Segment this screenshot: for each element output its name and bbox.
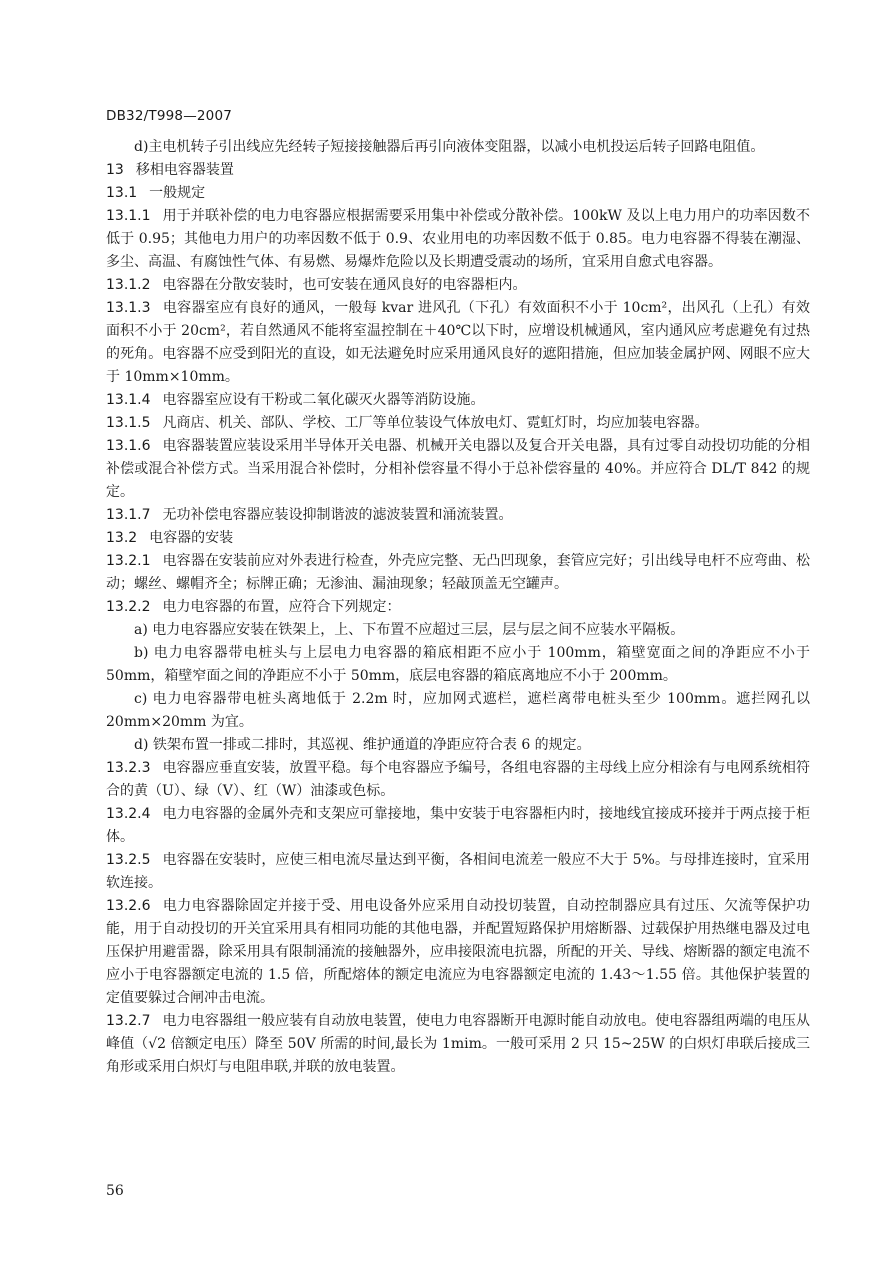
clause-number: 13.1.4	[106, 392, 151, 408]
clause-13-1-4: 13.1.4电容器室应设有干粉或二氧化碳灭火器等消防设施。	[106, 389, 810, 412]
clause-text: 电容器应垂直安装，放置平稳。每个电容器应予编号，各组电容器的主母线上应分相涂有与…	[106, 760, 810, 799]
clause-13-2-1: 13.2.1电容器在安装前应对外表进行检查，外壳应完整、无凸凹现象，套管应完好；…	[106, 550, 810, 596]
clause-text: 电力电容器除固定并接于受、用电设备外应采用自动投切装置，自动控制器应具有过压、欠…	[106, 898, 810, 1006]
section-heading-13-1: 13.1一般规定	[106, 182, 810, 205]
clause-number: 13.2.1	[106, 553, 151, 569]
clause-13-1-6: 13.1.6电容器装置应装设采用半导体开关电器、机械开关电器以及复合开关电器，具…	[106, 435, 810, 504]
clause-13-1-5: 13.1.5凡商店、机关、部队、学校、工厂等单位装设气体放电灯、霓虹灯时，均应加…	[106, 412, 810, 435]
document-code: DB32/T998—2007	[106, 108, 232, 124]
section-heading-13-2: 13.2电容器的安装	[106, 527, 810, 550]
clause-number: 13.1.6	[106, 438, 151, 454]
section-number: 13.1	[106, 185, 137, 201]
list-item-text: b) 电力电容器带电桩头与上层电力电容器的箱底相距不应小于 100mm，箱壁宽面…	[106, 645, 810, 684]
clause-13-1-7: 13.1.7无功补偿电容器应装设抑制谐波的滤波装置和涌流装置。	[106, 504, 810, 527]
clause-number: 13.2.4	[106, 806, 151, 822]
clause-13-1-3: 13.1.3电容器室应有良好的通风，一般每 kvar 进风孔（下孔）有效面积不小…	[106, 297, 810, 389]
list-item-text: d) 铁架布置一排或二排时，其巡视、维护通道的净距应符合表 6 的规定。	[134, 737, 591, 753]
section-title: 电容器的安装	[149, 530, 233, 546]
clause-text: 用于并联补偿的电力电容器应根据需要采用集中补偿或分散补偿。100kW 及以上电力…	[106, 208, 810, 270]
document-body: d)主电机转子引出线应先经转子短接接触器后再引向液体变阻器，以减小电机投运后转子…	[106, 136, 810, 1079]
section-heading-13: 13移相电容器装置	[106, 159, 810, 182]
clause-13-2-7: 13.2.7电力电容器组一般应装有自动放电装置，使电力电容器断开电源时能自动放电…	[106, 1010, 810, 1079]
clause-13-2-2: 13.2.2电力电容器的布置，应符合下列规定：	[106, 596, 810, 619]
clause-number: 13.1.3	[106, 300, 151, 316]
clause-text: 电力电容器的金属外壳和支架应可靠接地，集中安装于电容器柜内时，接地线宜接成环接并…	[106, 806, 810, 845]
clause-text: 电容器在安装前应对外表进行检查，外壳应完整、无凸凹现象，套管应完好；引出线导电杆…	[106, 553, 810, 592]
clause-number: 13.1.5	[106, 415, 151, 431]
list-item-b: b) 电力电容器带电桩头与上层电力电容器的箱底相距不应小于 100mm，箱壁宽面…	[106, 642, 810, 688]
clause-number: 13.2.3	[106, 760, 151, 776]
list-item-text: c) 电力电容器带电桩头离地低于 2.2m 时，应加网式遮栏，遮栏离带电桩头至少…	[106, 691, 810, 730]
section-title: 移相电容器装置	[136, 162, 234, 178]
clause-13-2-5: 13.2.5电容器在安装时，应使三相电流尽量达到平衡，各相间电流差一般应不大于 …	[106, 849, 810, 895]
list-item-d: d) 铁架布置一排或二排时，其巡视、维护通道的净距应符合表 6 的规定。	[106, 734, 810, 757]
section-number: 13.2	[106, 530, 137, 546]
clause-13-2-4: 13.2.4电力电容器的金属外壳和支架应可靠接地，集中安装于电容器柜内时，接地线…	[106, 803, 810, 849]
clause-13-2-6: 13.2.6电力电容器除固定并接于受、用电设备外应采用自动投切装置，自动控制器应…	[106, 895, 810, 1010]
clause-number: 13.1.7	[106, 507, 151, 523]
page-number: 56	[106, 1183, 124, 1199]
clause-text: 凡商店、机关、部队、学校、工厂等单位装设气体放电灯、霓虹灯时，均应加装电容器。	[163, 415, 709, 431]
section-title: 一般规定	[149, 185, 205, 201]
clause-number: 13.2.5	[106, 852, 151, 868]
clause-number: 13.2.7	[106, 1013, 151, 1029]
clause-number: 13.2.2	[106, 599, 151, 615]
clause-text: 电力电容器的布置，应符合下列规定：	[163, 599, 401, 615]
list-item-a: a) 电力电容器应安装在铁架上，上、下布置不应超过三层，层与层之间不应装水平隔板…	[106, 619, 810, 642]
clause-number: 13.1.1	[106, 208, 151, 224]
clause-number: 13.1.2	[106, 277, 151, 293]
paragraph-d: d)主电机转子引出线应先经转子短接接触器后再引向液体变阻器，以减小电机投运后转子…	[106, 136, 810, 159]
paragraph-text: d)主电机转子引出线应先经转子短接接触器后再引向液体变阻器，以减小电机投运后转子…	[134, 139, 764, 155]
clause-13-2-3: 13.2.3电容器应垂直安装，放置平稳。每个电容器应予编号，各组电容器的主母线上…	[106, 757, 810, 803]
list-item-c: c) 电力电容器带电桩头离地低于 2.2m 时，应加网式遮栏，遮栏离带电桩头至少…	[106, 688, 810, 734]
clause-text: 无功补偿电容器应装设抑制谐波的滤波装置和涌流装置。	[163, 507, 513, 523]
clause-text: 电容器在安装时，应使三相电流尽量达到平衡，各相间电流差一般应不大于 5%。与母排…	[106, 852, 810, 891]
clause-text: 电容器在分散安装时，也可安装在通风良好的电容器柜内。	[163, 277, 527, 293]
clause-text: 电容器室应有良好的通风，一般每 kvar 进风孔（下孔）有效面积不小于 10cm…	[106, 300, 810, 385]
clause-text: 电容器室应设有干粉或二氧化碳灭火器等消防设施。	[163, 392, 485, 408]
list-item-text: a) 电力电容器应安装在铁架上，上、下布置不应超过三层，层与层之间不应装水平隔板…	[134, 622, 684, 638]
clause-13-1-2: 13.1.2电容器在分散安装时，也可安装在通风良好的电容器柜内。	[106, 274, 810, 297]
clause-text: 电容器装置应装设采用半导体开关电器、机械开关电器以及复合开关电器，具有过零自动投…	[106, 438, 810, 500]
section-number: 13	[106, 162, 124, 178]
clause-13-1-1: 13.1.1用于并联补偿的电力电容器应根据需要采用集中补偿或分散补偿。100kW…	[106, 205, 810, 274]
clause-number: 13.2.6	[106, 898, 151, 914]
clause-text: 电力电容器组一般应装有自动放电装置，使电力电容器断开电源时能自动放电。使电容器组…	[106, 1013, 810, 1075]
